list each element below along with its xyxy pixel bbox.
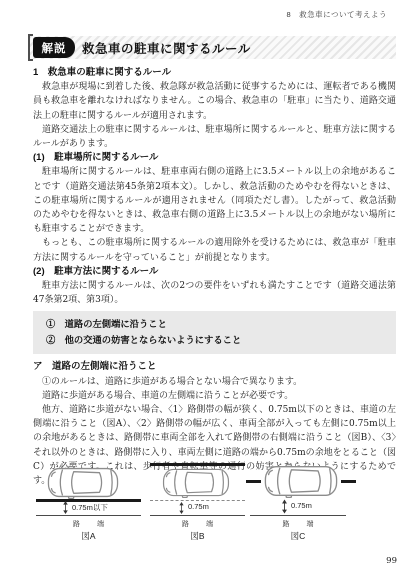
figure-caption: 図A xyxy=(36,530,141,542)
road-edge-line xyxy=(250,515,346,516)
requirements-box: ① 道路の左側端に沿うこと ② 他の交通の妨害とならないようにすること xyxy=(33,311,396,354)
section-1-heading: 1 救急車の駐車に関するルール xyxy=(33,66,396,80)
roadside-dotted-line xyxy=(150,500,245,501)
paragraph: 救急車が現場に到着した後、救急隊が救急活動に従事するためには、運転者である機関員… xyxy=(33,80,396,123)
subsection-2-heading: (2) 駐車方法に関するルール xyxy=(33,265,396,279)
paragraph: 道路に歩道がある場合、車道の左側端に沿うことが必要です。 xyxy=(33,389,396,403)
road-edge-line xyxy=(150,515,245,516)
car-top-view-illustration xyxy=(40,466,126,499)
paragraph: 駐車場所に関するルールは、駐車車両右側の道路上に3.5メートル以上の余地があるこ… xyxy=(33,165,396,236)
figure-caption: 図C xyxy=(250,530,346,542)
explainer-badge: 解説 xyxy=(33,37,75,58)
requirement-item-2: ② 他の交通の妨害とならないようにすること xyxy=(46,333,386,349)
car-top-view-illustration xyxy=(154,467,238,498)
main-content: 1 救急車の駐車に関するルール 救急車が現場に到着した後、救急隊が救急活動に従事… xyxy=(33,66,396,488)
measurement-label: 0.75m xyxy=(291,501,312,510)
paragraph: ①のルールは、道路に歩道がある場合とない場合で異なります。 xyxy=(33,375,396,389)
measurement-label: 0.75m以下 xyxy=(72,502,108,513)
road-edge-label: 路 端 xyxy=(250,519,346,529)
measure-arrow-icon xyxy=(281,499,288,514)
paragraph: 駐車方法に関するルールは、次の2つの要件をいずれも満たすことです（道路交通法第4… xyxy=(33,279,396,307)
car-top-view-illustration xyxy=(259,464,343,498)
roadside-strip-line-right xyxy=(341,480,356,483)
paragraph: 道路交通法上の駐車に関するルールは、駐車場所に関するルールと、駐車方法に関するル… xyxy=(33,123,396,151)
road-edge-line xyxy=(36,515,141,516)
measure-arrow-icon xyxy=(62,501,69,514)
figure-caption: 図B xyxy=(150,530,245,542)
subsection-a-heading: ア 道路の左側端に沿うこと xyxy=(33,360,396,374)
roadside-strip-line xyxy=(150,463,245,466)
measure-arrow-icon xyxy=(178,502,185,514)
road-edge-label: 路 端 xyxy=(36,519,141,529)
subsection-1-heading: (1) 駐車場所に関するルール xyxy=(33,151,396,165)
requirement-item-1: ① 道路の左側端に沿うこと xyxy=(46,317,386,333)
running-header: 8 救急車について考えよう xyxy=(286,9,387,20)
road-edge-label: 路 端 xyxy=(150,519,245,529)
paragraph: もっとも、この駐車場所に関するルールの適用除外を受けるためには、救急車が「駐車方… xyxy=(33,236,396,264)
explainer-title: 救急車の駐車に関するルール xyxy=(82,36,251,59)
page-number: 99 xyxy=(386,556,397,566)
measurement-label: 0.75m xyxy=(188,502,209,511)
